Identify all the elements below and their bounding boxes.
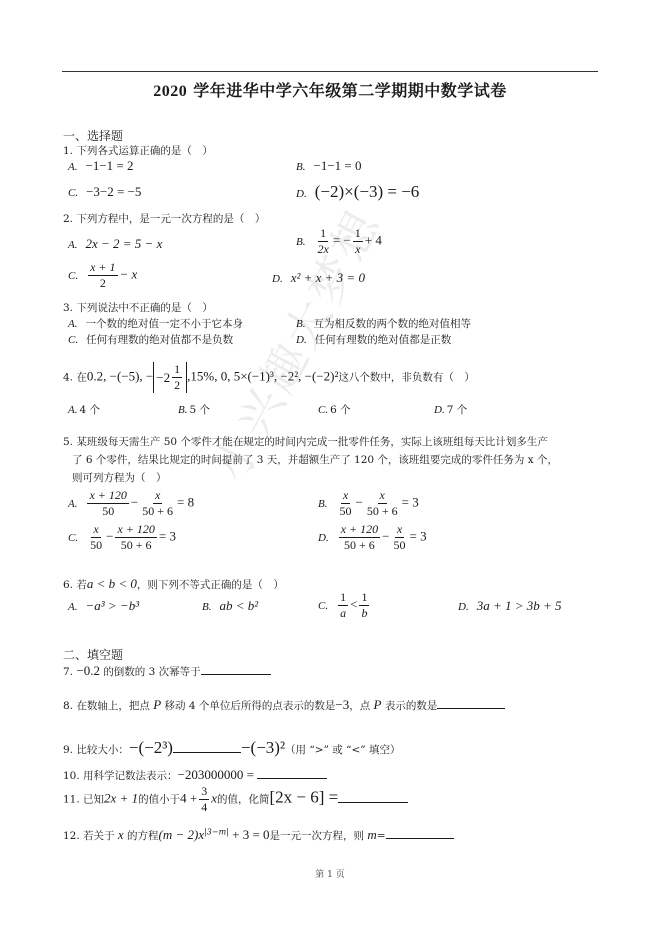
q1-b-text: −1−1 = 0 — [313, 158, 361, 173]
q2-a-text: 2x − 2 = 5 − x — [85, 236, 162, 251]
q2-c-tail: − x — [120, 267, 138, 282]
q4-option-a[interactable]: A.4 个 — [68, 402, 100, 417]
q12: 12. 若关于 x 的方程(m − 2)x|3−m| + 3 = 0是一元一次方… — [63, 826, 454, 843]
q4-a-text: 4 个 — [79, 404, 100, 416]
q6-b-text: ab < b² — [219, 598, 258, 613]
frac-den: 2x — [315, 242, 330, 257]
q11-expr2a: 4 + — [180, 791, 197, 806]
q12-answer-blank[interactable] — [386, 826, 454, 839]
q3-option-c[interactable]: C.任何有理数的绝对值都不是负数 — [68, 332, 233, 347]
q6-option-b[interactable]: B.ab < b² — [202, 598, 258, 614]
page-title: 2020 学年进华中学六年级第二学期期中数学试卷 — [0, 78, 660, 101]
q2-option-a[interactable]: A.2x − 2 = 5 − x — [68, 236, 162, 252]
q3-a-text: 一个数的绝对值一定不小于它本身 — [85, 318, 243, 330]
q1-option-a[interactable]: A.−1−1 = 2 — [68, 158, 133, 174]
q9-answer-blank[interactable] — [173, 740, 241, 753]
q8-value: −3 — [335, 697, 349, 712]
q9: 9. 比较大小：−(−2³)−(−3)²（用 “>” 或 “<” 填空） — [63, 738, 400, 758]
q4-c-text: 6 个 — [330, 404, 351, 416]
q11: 11. 已知2x + 1的值小于4 +34x的值，化简[2x − 6] = — [63, 784, 408, 815]
q8-p2: P — [374, 697, 382, 712]
q2-option-c[interactable]: C.x + 12− x — [68, 260, 137, 291]
q1-d-text: (−2)×(−3) = −6 — [315, 182, 420, 201]
q11-answer-blank[interactable] — [338, 790, 408, 803]
q1-option-b[interactable]: B.−1−1 = 0 — [296, 158, 361, 174]
frac-den: x — [353, 242, 362, 257]
q8-text1: 8. 在数轴上，把点 — [63, 700, 153, 712]
q12-eq: = — [377, 830, 386, 842]
q6-stem: 6. 若a < b < 0，则下列不等式正确的是（ ） — [63, 576, 284, 592]
frac-den: b — [359, 606, 369, 621]
q5-option-b[interactable]: B.x50−x50 + 6= 3 — [318, 488, 419, 519]
frac-den: a — [338, 606, 348, 621]
q5-a-rhs: = 8 — [177, 495, 194, 510]
title-text: 学年进华中学六年级第二学期期中数学试卷 — [187, 81, 507, 100]
q4-nums-2: ,15%, 0, 5×(−1)³, −2², −(−2)² — [187, 369, 338, 384]
q8-p1: P — [153, 697, 161, 712]
q1-option-c[interactable]: C.−3−2 = −5 — [68, 184, 141, 200]
q4-stem: 4. 在0.2, −(−5), −−212,15%, 0, 5×(−1)³, −… — [63, 362, 475, 393]
q10-answer-blank[interactable] — [257, 766, 327, 779]
q3-option-d[interactable]: D.任何有理数的绝对值都是正数 — [296, 332, 451, 347]
frac-den: 50 — [88, 538, 104, 553]
frac-num: 3 — [199, 784, 209, 800]
q2-option-d[interactable]: D.x² + x + 3 = 0 — [272, 270, 365, 286]
q6-c-op: < — [350, 597, 357, 612]
q10-prefix: 10. 用科学记数法表示： — [63, 770, 178, 782]
q11-mid: 的值小于 — [138, 794, 180, 806]
frac-den: 2 — [172, 378, 182, 393]
q6-prefix: 6. 若 — [63, 579, 87, 591]
q5-option-c[interactable]: C.x50−x + 12050 + 6= 3 — [68, 522, 176, 553]
q9-left: −(−2³) — [129, 738, 173, 757]
frac-num: 1 — [359, 590, 369, 606]
q2-b-mid: = − — [333, 233, 351, 248]
q10: 10. 用科学记数法表示：−203000000 = — [63, 766, 327, 783]
q2-stem: 2. 下列方程中，是一元一次方程的是（ ） — [63, 211, 265, 226]
q5-stem-line3: 则可列方程为（ ） — [72, 470, 167, 485]
q8-text4: 表示的数是 — [382, 700, 438, 712]
frac-den: 50 — [391, 538, 407, 553]
q6-condition: a < b < 0 — [87, 576, 137, 591]
q7-answer-blank[interactable] — [201, 662, 271, 675]
q5-d-rhs: = 3 — [409, 529, 426, 544]
q6-option-c[interactable]: C.1a<1b — [318, 590, 371, 621]
q12-mid: 的方程 — [124, 830, 159, 842]
q1-stem: 1. 下列各式运算正确的是（ ） — [63, 143, 213, 158]
frac-num: 1 — [353, 226, 363, 242]
q11-suffix: 的值，化简 — [217, 794, 270, 806]
frac-den: 50 + 6 — [342, 538, 377, 553]
q6-a-text: −a³ > −b³ — [85, 598, 139, 613]
frac-num: x — [153, 488, 162, 504]
frac-den: 50 + 6 — [119, 538, 154, 553]
q3-option-b[interactable]: B.互为相反数的两个数的绝对值相等 — [296, 316, 471, 331]
q8-answer-blank[interactable] — [437, 696, 505, 709]
q6-option-a[interactable]: A.−a³ > −b³ — [68, 598, 139, 614]
q5-stem-line1: 5. 某班级每天需生产 50 个零件才能在规定的时间内完成一批零件任务，实际上该… — [63, 434, 548, 449]
q5-stem-line2: 了 6 个零件，结果比规定的时间提前了 3 天，并超额生产了 120 个，该班组… — [72, 452, 558, 467]
q4-nums-1: 0.2, −(−5), − — [87, 369, 153, 384]
q6-d-text: 3a + 1 > 3b + 5 — [477, 598, 562, 613]
q3-d-text: 任何有理数的绝对值都是正数 — [315, 334, 452, 346]
q2-b-tail: + 4 — [365, 233, 382, 248]
q4-suffix: 这八个数中，非负数有（ ） — [338, 372, 475, 384]
header-rule — [62, 71, 598, 72]
q4-b-text: 5 个 — [189, 404, 210, 416]
q1-option-d[interactable]: D.(−2)×(−3) = −6 — [296, 182, 419, 202]
q1-a-text: −1−1 = 2 — [85, 158, 133, 173]
q3-b-text: 互为相反数的两个数的绝对值相等 — [313, 318, 471, 330]
q2-d-text: x² + x + 3 = 0 — [291, 270, 365, 285]
frac-den: 4 — [199, 800, 209, 815]
q1-c-text: −3−2 = −5 — [86, 184, 141, 199]
frac-num: x — [341, 488, 350, 504]
frac-den: 50 + 6 — [365, 504, 400, 519]
frac-num: x + 1 — [88, 260, 117, 276]
q6-option-d[interactable]: D.3a + 1 > 3b + 5 — [458, 598, 562, 614]
q11-expr1: 2x + 1 — [104, 791, 138, 806]
q11-prefix: 11. 已知 — [63, 794, 104, 806]
frac-den: 50 — [100, 504, 116, 519]
q7: 7. −0.2 的倒数的 3 次幂等于 — [63, 662, 271, 679]
q12-expr: (m − 2)x — [159, 827, 205, 842]
q7-value: −0.2 — [76, 663, 100, 678]
q8-text2: 移动 4 个单位后所得的点表示的数是 — [161, 700, 335, 712]
q9-hint: （用 “>” 或 “<” 填空） — [285, 744, 400, 756]
section-heading-choice: 一、选择题 — [63, 127, 123, 144]
q4-option-d[interactable]: D.7 个 — [434, 402, 467, 417]
frac-num: x + 120 — [339, 522, 380, 538]
q10-expr: −203000000 = — [178, 767, 254, 782]
q5-c-rhs: = 3 — [159, 529, 176, 544]
section-heading-fill: 二、填空题 — [63, 646, 123, 663]
q8-text3: ，点 — [349, 700, 373, 712]
q4-option-c[interactable]: C.6 个 — [318, 402, 351, 417]
frac-num: 1 — [172, 362, 182, 378]
q4-option-b[interactable]: B.5 个 — [178, 402, 210, 417]
q12-m: m — [367, 827, 376, 842]
q12-expr-tail: + 3 = 0 — [229, 827, 270, 842]
frac-num: x + 120 — [115, 522, 156, 538]
q12-suffix: 是一元一次方程，则 — [270, 830, 368, 842]
q7-prefix: 7. — [63, 666, 73, 678]
q3-stem: 3. 下列说法中不正确的是（ ） — [63, 300, 213, 315]
q5-b-rhs: = 3 — [402, 495, 419, 510]
q3-option-a[interactable]: A.一个数的绝对值一定不小于它本身 — [68, 316, 243, 331]
q4-mixed-whole: −2 — [156, 370, 170, 386]
q7-text: 的倒数的 3 次幂等于 — [103, 666, 200, 678]
frac-num: 1 — [318, 226, 328, 242]
frac-den: 2 — [98, 276, 108, 291]
q9-prefix: 9. 比较大小： — [63, 744, 129, 756]
q9-right: −(−3)² — [241, 738, 285, 757]
q8: 8. 在数轴上，把点 P 移动 4 个单位后所得的点表示的数是−3，点 P 表示… — [63, 696, 505, 713]
q12-prefix: 12. 若关于 — [63, 830, 118, 842]
page-footer: 第 1 页 — [0, 867, 660, 880]
frac-num: x — [378, 488, 387, 504]
title-year: 2020 — [153, 83, 187, 100]
q6-suffix: ，则下列不等式正确的是（ ） — [137, 579, 284, 591]
frac-den: 50 — [337, 504, 353, 519]
frac-num: 1 — [338, 590, 348, 606]
q5-option-a[interactable]: A.x + 12050−x50 + 6= 8 — [68, 488, 194, 519]
frac-num: x + 120 — [87, 488, 128, 504]
q12-exponent: |3−m| — [204, 828, 229, 837]
q3-c-text: 任何有理数的绝对值都不是负数 — [86, 334, 233, 346]
q4-d-text: 7 个 — [447, 404, 468, 416]
q11-expr3: [2x − 6] = — [269, 788, 338, 807]
frac-num: x — [395, 522, 404, 538]
q5-option-d[interactable]: D.x + 12050 + 6−x50= 3 — [318, 522, 427, 553]
q2-option-b[interactable]: B.12x= −1x+ 4 — [296, 226, 382, 257]
q4-prefix: 4. 在 — [63, 372, 87, 384]
frac-den: 50 + 6 — [140, 504, 175, 519]
frac-num: x — [91, 522, 100, 538]
